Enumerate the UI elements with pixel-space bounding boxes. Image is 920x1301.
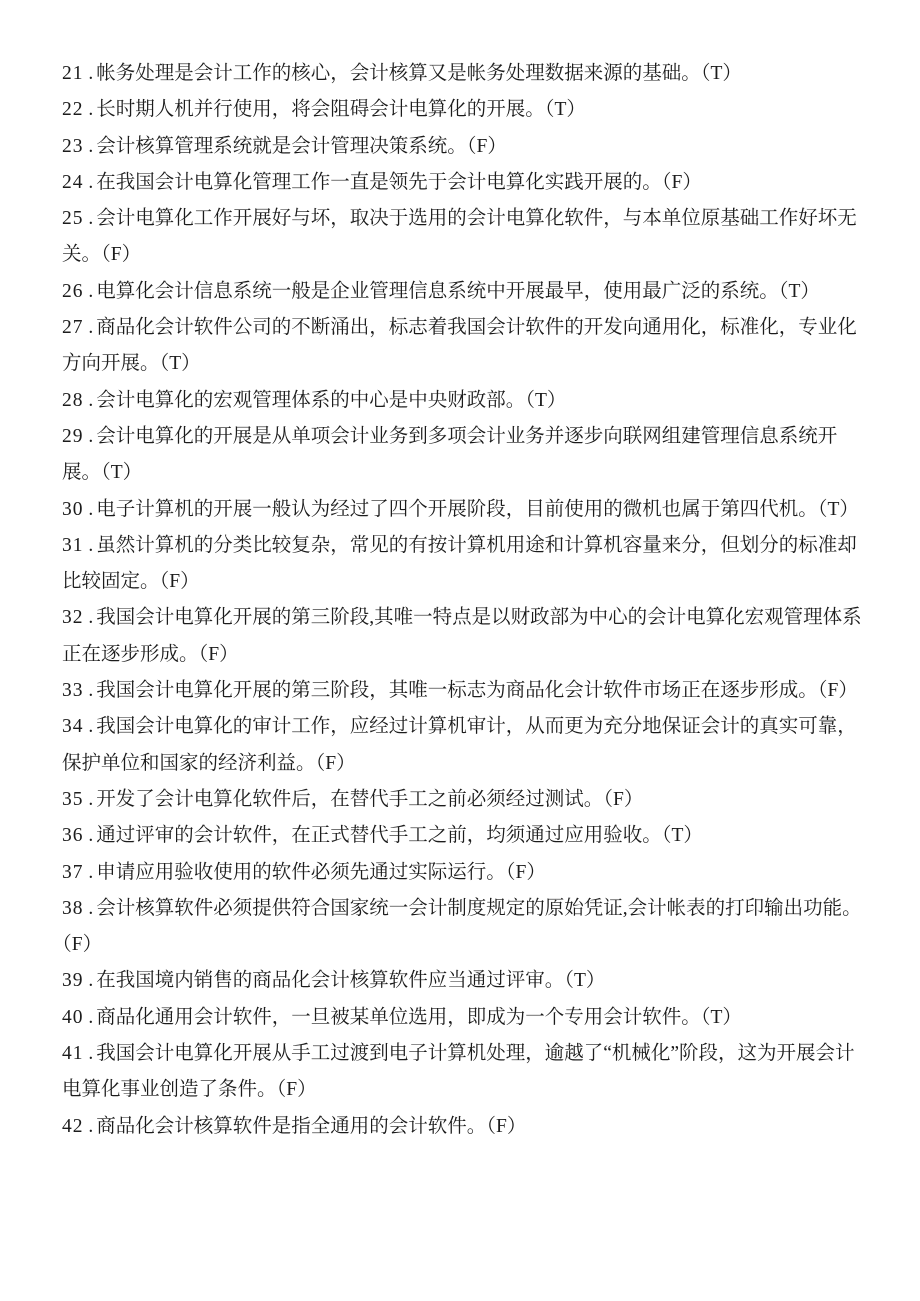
question-item: 23 .会计核算管理系统就是会计管理决策系统。（F） [62,129,866,165]
question-separator: . [84,535,94,556]
question-number: 34 [62,716,84,737]
question-answer: （T） [545,99,586,120]
question-item: 38 .会计核算软件必须提供符合国家统一会计制度规定的原始凭证,会计帐表的打印输… [62,891,866,964]
question-answer: （T） [701,1007,742,1028]
question-text: 商品化会计核算软件是指全通用的会计软件。 [96,1116,486,1137]
question-item: 32 .我国会计电算化开展的第三阶段,其唯一特点是以财政部为中心的会计电算化宏观… [62,600,866,673]
question-answer: （F） [486,1116,526,1137]
question-number: 30 [62,499,84,520]
question-separator: . [84,607,94,628]
question-list: 21 .帐务处理是会计工作的核心，会计核算又是帐务处理数据来源的基础。（T）22… [62,56,866,1145]
question-answer: （T） [525,390,566,411]
question-separator: . [84,317,94,338]
question-answer: （T） [818,499,859,520]
question-item: 28 .会计电算化的宏观管理体系的中心是中央财政部。（T） [62,383,866,419]
question-separator: . [84,716,94,737]
question-number: 41 [62,1043,84,1064]
question-answer: （T） [160,353,201,374]
question-item: 29 .会计电算化的开展是从单项会计业务到多项会计业务并逐步向联网组建管理信息系… [62,419,866,492]
question-item: 33 .我国会计电算化开展的第三阶段，其唯一标志为商品化会计软件市场正在逐步形成… [62,673,866,709]
question-text: 电子计算机的开展一般认为经过了四个开展阶段，目前使用的微机也属于第四代机。 [96,499,818,520]
question-separator: . [84,1043,94,1064]
question-answer: （F） [818,680,858,701]
question-text: 会计电算化工作开展好与坏，取决于选用的会计电算化软件，与本单位原基础工作好坏无关… [62,208,857,265]
question-number: 37 [62,862,84,883]
question-number: 35 [62,789,84,810]
question-number: 36 [62,825,84,846]
question-number: 22 [62,99,84,120]
question-number: 28 [62,390,84,411]
question-separator: . [84,1007,94,1028]
question-item: 27 .商品化会计软件公司的不断涌出，标志着我国会计软件的开发向通用化，标准化，… [62,310,866,383]
question-answer: （F） [603,789,643,810]
question-number: 31 [62,535,84,556]
question-answer: （F） [101,244,141,265]
question-item: 35 .开发了会计电算化软件后，在替代手工之前必须经过测试。（F） [62,782,866,818]
question-item: 24 .在我国会计电算化管理工作一直是领先于会计电算化实践开展的。（F） [62,165,866,201]
question-text: 会计电算化的宏观管理体系的中心是中央财政部。 [96,390,525,411]
question-separator: . [84,898,94,919]
question-text: 会计核算软件必须提供符合国家统一会计制度规定的原始凭证,会计帐表的打印输出功能。 [96,898,861,919]
question-answer: （F） [467,136,507,157]
question-text: 开发了会计电算化软件后，在替代手工之前必须经过测试。 [96,789,603,810]
question-item: 39 .在我国境内销售的商品化会计核算软件应当通过评审。（T） [62,963,866,999]
question-answer: （F） [62,934,102,955]
question-text: 我国会计电算化开展从手工过渡到电子计算机处理，逾越了“机械化”阶段，这为开展会计… [62,1043,855,1100]
question-text: 商品化通用会计软件，一旦被某单位选用，即成为一个专用会计软件。 [96,1007,701,1028]
question-number: 26 [62,281,84,302]
question-answer: （T） [564,970,605,991]
question-separator: . [84,825,94,846]
question-text: 在我国境内销售的商品化会计核算软件应当通过评审。 [96,970,564,991]
question-text: 帐务处理是会计工作的核心，会计核算又是帐务处理数据来源的基础。 [96,63,701,84]
question-separator: . [84,1116,94,1137]
question-text: 申请应用验收使用的软件必须先通过实际运行。 [96,862,506,883]
question-item: 41 .我国会计电算化开展从手工过渡到电子计算机处理，逾越了“机械化”阶段，这为… [62,1036,866,1109]
question-answer: （F） [506,862,546,883]
question-text: 我国会计电算化的审计工作，应经过计算机审计，从而更为充分地保证会计的真实可靠，保… [62,716,857,773]
question-number: 33 [62,680,84,701]
question-text: 在我国会计电算化管理工作一直是领先于会计电算化实践开展的。 [96,172,662,193]
question-separator: . [84,390,94,411]
question-number: 42 [62,1116,84,1137]
question-item: 37 .申请应用验收使用的软件必须先通过实际运行。（F） [62,855,866,891]
question-item: 25 .会计电算化工作开展好与坏，取决于选用的会计电算化软件，与本单位原基础工作… [62,201,866,274]
question-text: 长时期人机并行使用，将会阻碍会计电算化的开展。 [96,99,545,120]
question-number: 23 [62,136,84,157]
question-number: 24 [62,172,84,193]
question-separator: . [84,680,94,701]
question-text: 会计电算化的开展是从单项会计业务到多项会计业务并逐步向联网组建管理信息系统开展。 [62,426,837,483]
question-item: 21 .帐务处理是会计工作的核心，会计核算又是帐务处理数据来源的基础。（T） [62,56,866,92]
question-number: 39 [62,970,84,991]
question-number: 40 [62,1007,84,1028]
question-answer: （F） [662,172,702,193]
question-separator: . [84,208,94,229]
question-text: 我国会计电算化开展的第三阶段，其唯一标志为商品化会计软件市场正在逐步形成。 [96,680,818,701]
question-text: 我国会计电算化开展的第三阶段,其唯一特点是以财政部为中心的会计电算化宏观管理体系… [62,607,862,664]
question-text: 电算化会计信息系统一般是企业管理信息系统中开展最早，使用最广泛的系统。 [96,281,779,302]
question-answer: （T） [101,462,142,483]
question-number: 32 [62,607,84,628]
question-number: 21 [62,63,84,84]
question-item: 34 .我国会计电算化的审计工作，应经过计算机审计，从而更为充分地保证会计的真实… [62,709,866,782]
question-item: 36 .通过评审的会计软件，在正式替代手工之前，均须通过应用验收。（T） [62,818,866,854]
question-item: 22 .长时期人机并行使用，将会阻碍会计电算化的开展。（T） [62,92,866,128]
question-item: 26 .电算化会计信息系统一般是企业管理信息系统中开展最早，使用最广泛的系统。（… [62,274,866,310]
question-separator: . [84,499,94,520]
question-item: 40 .商品化通用会计软件，一旦被某单位选用，即成为一个专用会计软件。（T） [62,1000,866,1036]
question-text: 会计核算管理系统就是会计管理决策系统。 [96,136,467,157]
question-number: 27 [62,317,84,338]
question-separator: . [84,970,94,991]
question-separator: . [84,862,94,883]
question-answer: （F） [277,1079,317,1100]
question-separator: . [84,789,94,810]
question-answer: （F） [199,644,239,665]
document-page: 21 .帐务处理是会计工作的核心，会计核算又是帐务处理数据来源的基础。（T）22… [0,0,920,1301]
question-answer: （F） [160,571,200,592]
question-answer: （T） [779,281,820,302]
question-separator: . [84,63,94,84]
question-item: 31 .虽然计算机的分类比较复杂，常见的有按计算机用途和计算机容量来分，但划分的… [62,528,866,601]
question-separator: . [84,99,94,120]
question-separator: . [84,281,94,302]
question-text: 通过评审的会计软件，在正式替代手工之前，均须通过应用验收。 [96,825,662,846]
question-item: 30 .电子计算机的开展一般认为经过了四个开展阶段，目前使用的微机也属于第四代机… [62,492,866,528]
question-separator: . [84,172,94,193]
question-number: 25 [62,208,84,229]
question-separator: . [84,426,94,447]
question-separator: . [84,136,94,157]
question-answer: （F） [316,753,356,774]
question-number: 38 [62,898,84,919]
question-answer: （T） [701,63,742,84]
question-number: 29 [62,426,84,447]
question-answer: （T） [662,825,703,846]
question-item: 42 .商品化会计核算软件是指全通用的会计软件。（F） [62,1109,866,1145]
